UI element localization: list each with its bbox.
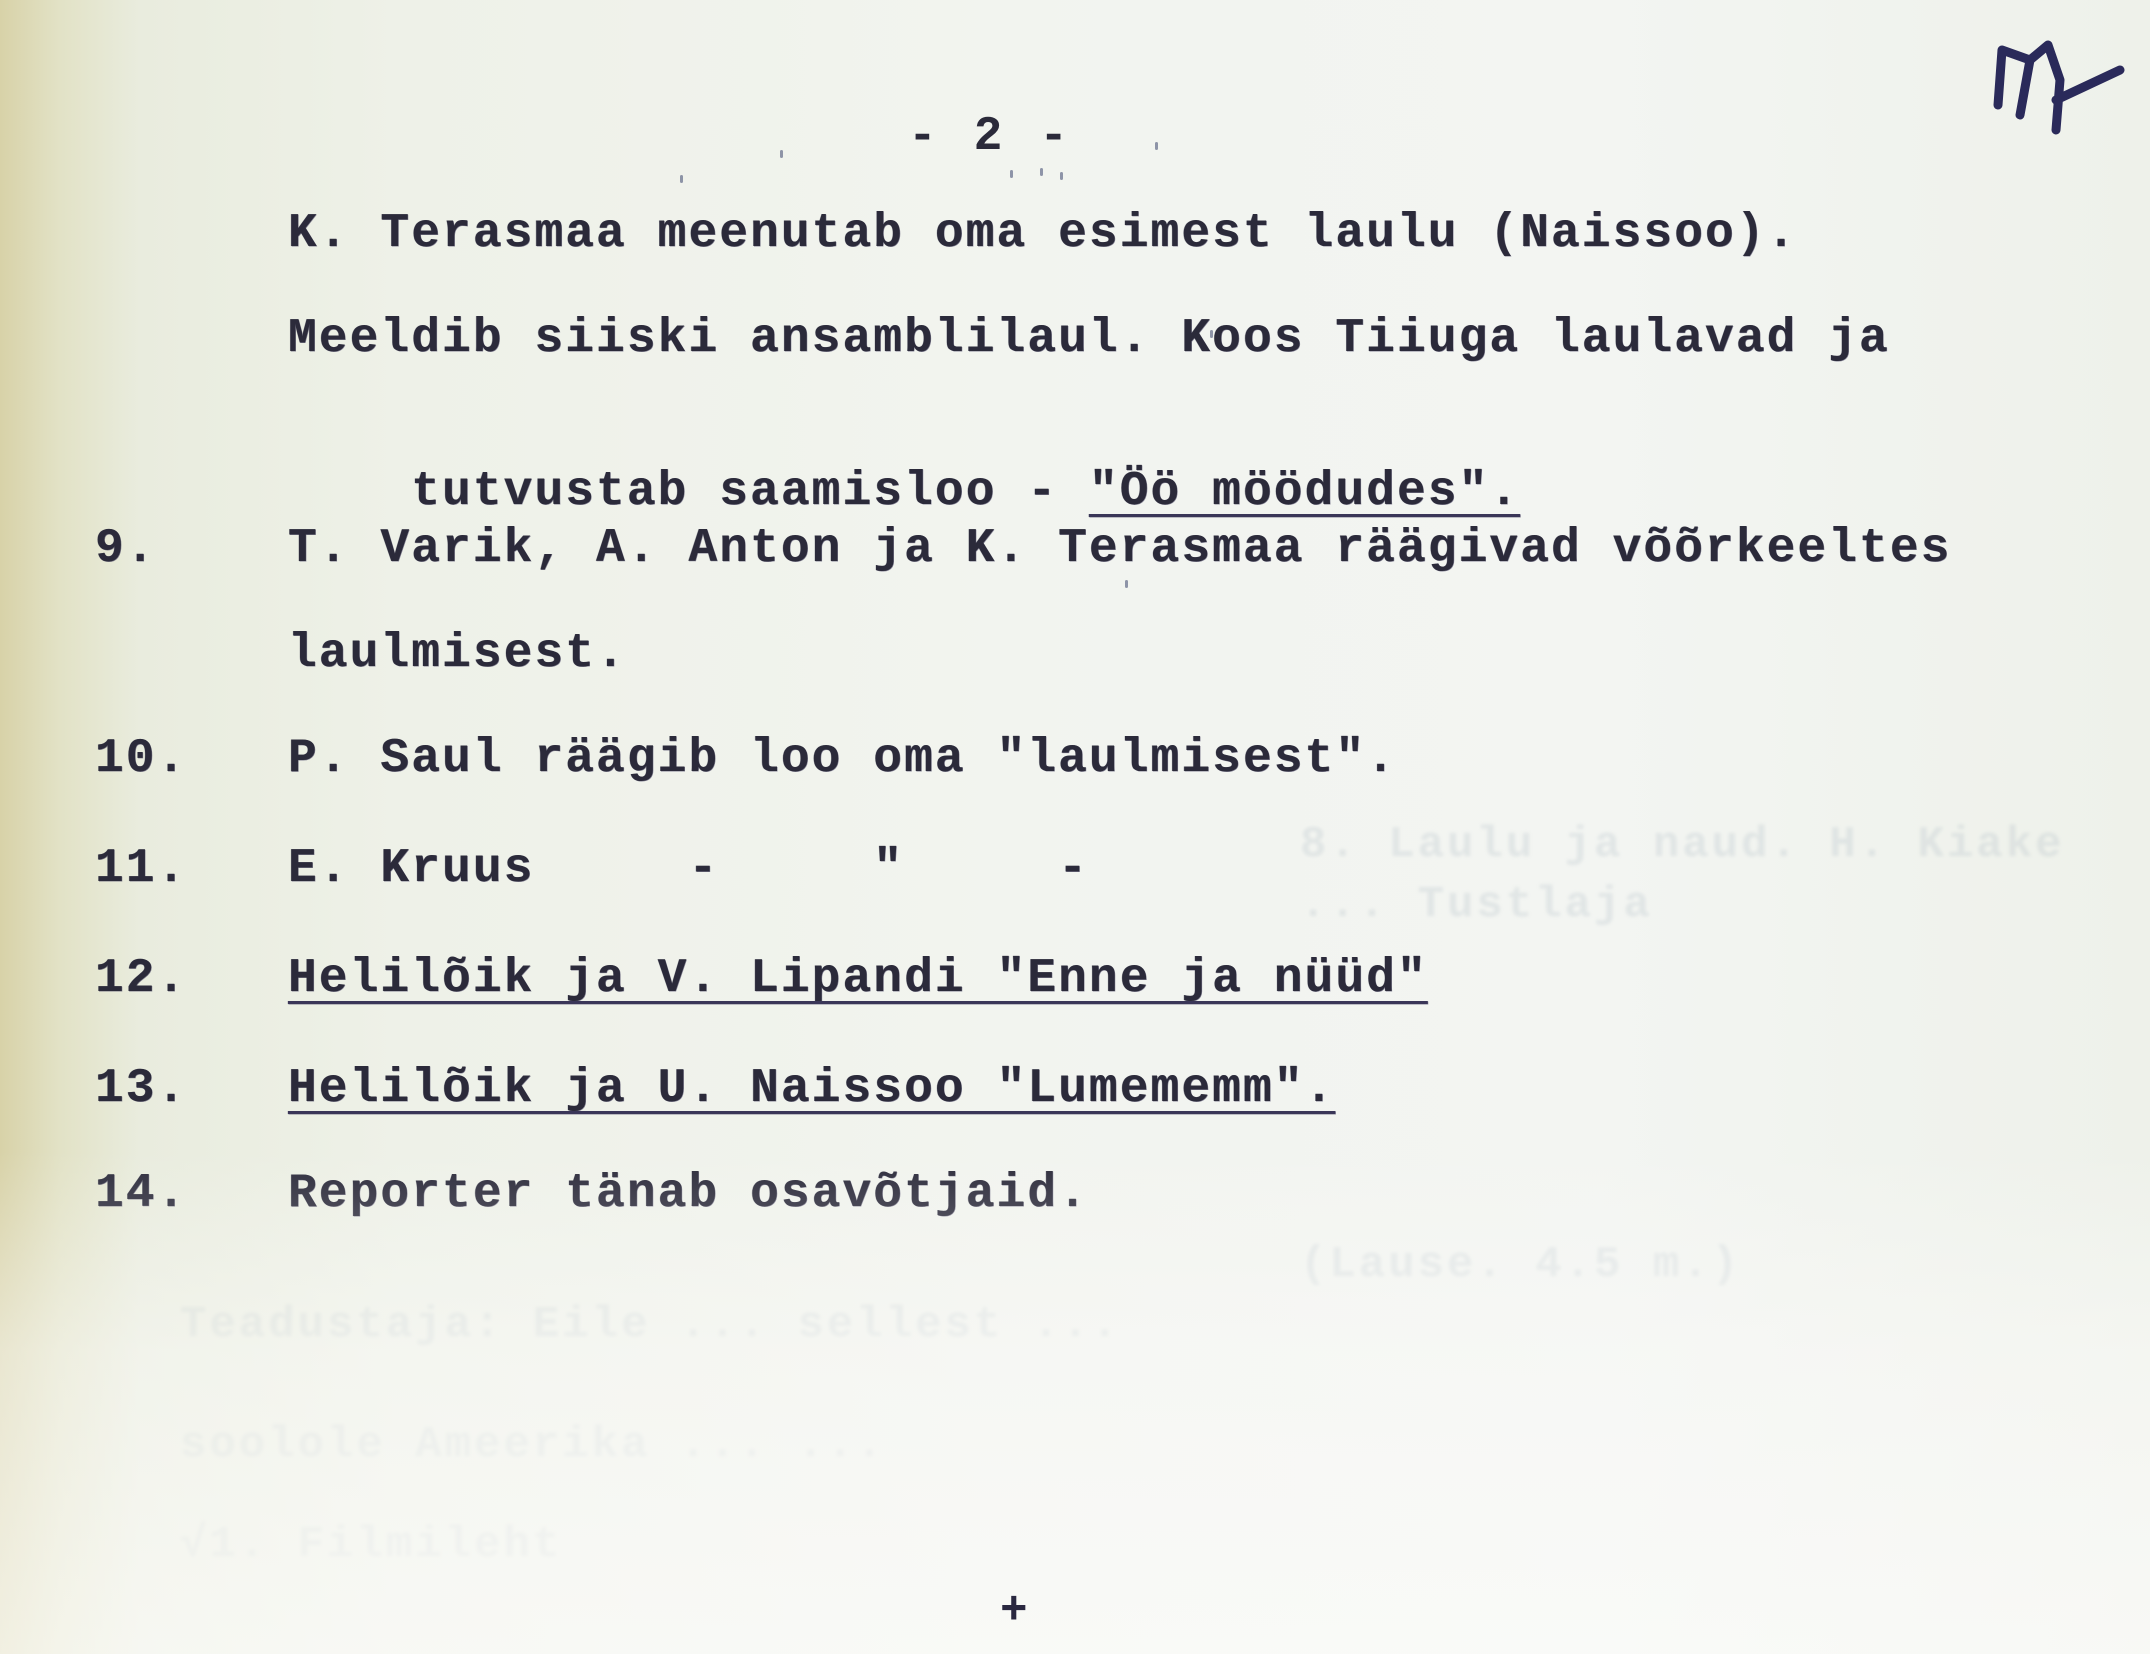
item-number: 10. bbox=[95, 735, 187, 783]
bleed-through-text: (Lause. 4.5 m.) bbox=[1300, 1240, 1741, 1290]
bleed-through-text: Teadustaja: Eile ... sellest ... bbox=[180, 1300, 1121, 1350]
document-line: Reporter tänab osavõtjaid. bbox=[288, 1170, 1089, 1218]
song-title-underlined: "Öö möödudes". bbox=[1089, 465, 1520, 519]
item-number: 9. bbox=[95, 525, 157, 573]
typewritten-page: 8. Laulu ja naud. H. Kiake ... Tustlaja … bbox=[0, 0, 2150, 1654]
bleed-through-text: 8. Laulu ja naud. H. Kiake bbox=[1300, 820, 2065, 870]
item-number: 11. bbox=[95, 845, 187, 893]
item-number: 12. bbox=[95, 955, 187, 1003]
document-line: P. Saul räägib loo oma "laulmisest". bbox=[288, 735, 1397, 783]
bleed-through-text: ... Tustlaja bbox=[1300, 880, 1653, 930]
item-number: 14. bbox=[95, 1170, 187, 1218]
page-number: - 2 - bbox=[908, 110, 1072, 164]
handwritten-initials-icon bbox=[1990, 20, 2140, 140]
bleed-through-text: √1. Filmileht bbox=[180, 1520, 562, 1570]
document-line: laulmisest. bbox=[288, 630, 627, 678]
bleed-through-text: soolole Ameerika ... ... bbox=[180, 1420, 886, 1470]
document-line-underlined: Helilõik ja U. Naissoo "Lumememm". bbox=[288, 1065, 1335, 1113]
paper-fade bbox=[0, 1150, 2150, 1654]
document-line: K. Terasmaa meenutab oma esimest laulu (… bbox=[288, 210, 1797, 258]
document-line: T. Varik, A. Anton ja K. Terasmaa räägiv… bbox=[288, 525, 1951, 573]
footer-plus-mark: + bbox=[1000, 1585, 1028, 1637]
document-line-underlined: Helilõik ja V. Lipandi "Enne ja nüüd" bbox=[288, 955, 1428, 1003]
document-line: Meeldib siiski ansamblilaul. Koos Tiiuga… bbox=[288, 315, 1890, 363]
line-text: tutvustab saamisloo - bbox=[411, 465, 1089, 519]
document-line: E. Kruus - " - bbox=[288, 845, 1089, 893]
item-number: 13. bbox=[95, 1065, 187, 1113]
